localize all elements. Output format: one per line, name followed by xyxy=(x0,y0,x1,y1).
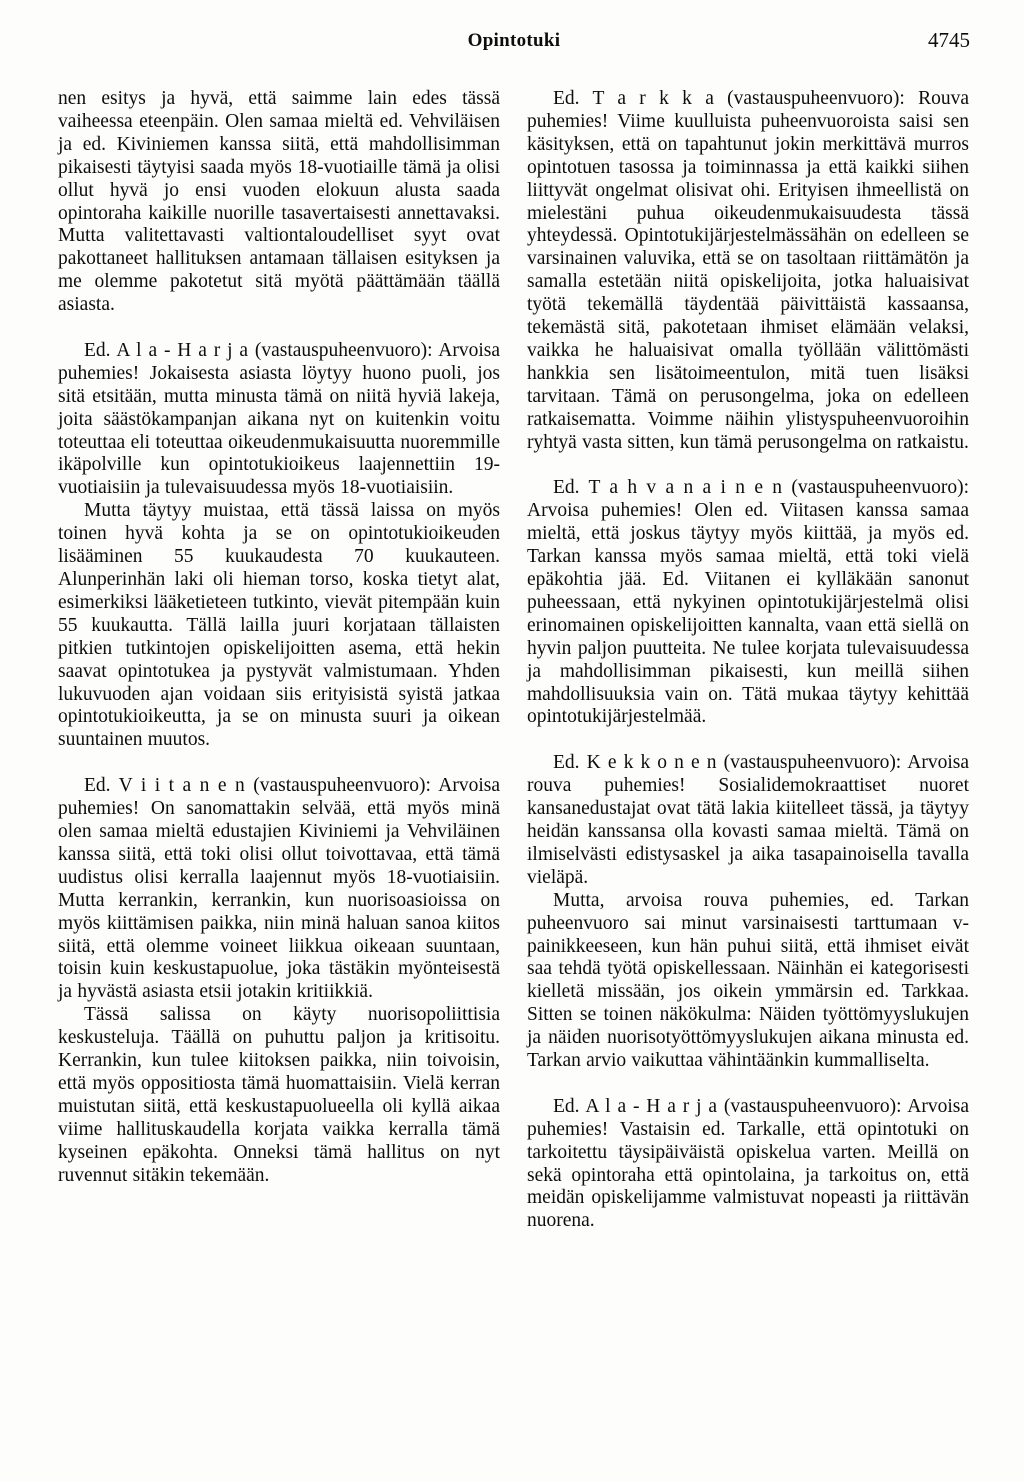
paragraph: Mutta täytyy muistaa, että tässä laissa … xyxy=(58,500,500,752)
paragraph: Mutta, arvoisa rouva puhemies, ed. Tarka… xyxy=(527,890,969,1073)
paragraph: nen esitys ja hyvä, että saimme lain ede… xyxy=(58,88,500,317)
text-columns: nen esitys ja hyvä, että saimme lain ede… xyxy=(58,88,970,1233)
right-column: Ed. T a r k k a (vastauspuheenvuoro): Ro… xyxy=(527,88,969,1233)
page-header: Opintotuki 4745 xyxy=(58,30,970,56)
paragraph: Ed. K e k k o n e n (vastauspuheenvuoro)… xyxy=(527,752,969,889)
paragraph: Ed. V i i t a n e n (vastauspuheenvuoro)… xyxy=(58,775,500,1004)
page-title: Opintotuki xyxy=(58,30,970,52)
paragraph: Ed. T a h v a n a i n e n (vastauspuheen… xyxy=(527,477,969,729)
paragraph: Ed. A l a - H a r j a (vastauspuheenvuor… xyxy=(58,340,500,500)
page-number: 4745 xyxy=(928,28,970,53)
left-column: nen esitys ja hyvä, että saimme lain ede… xyxy=(58,88,500,1233)
paragraph: Tässä salissa on käyty nuorisopoliittisi… xyxy=(58,1004,500,1187)
paragraph: Ed. T a r k k a (vastauspuheenvuoro): Ro… xyxy=(527,88,969,455)
paragraph: Ed. A l a - H a r j a (vastauspuheenvuor… xyxy=(527,1096,969,1233)
document-page: Opintotuki 4745 nen esitys ja hyvä, että… xyxy=(0,0,1024,1481)
